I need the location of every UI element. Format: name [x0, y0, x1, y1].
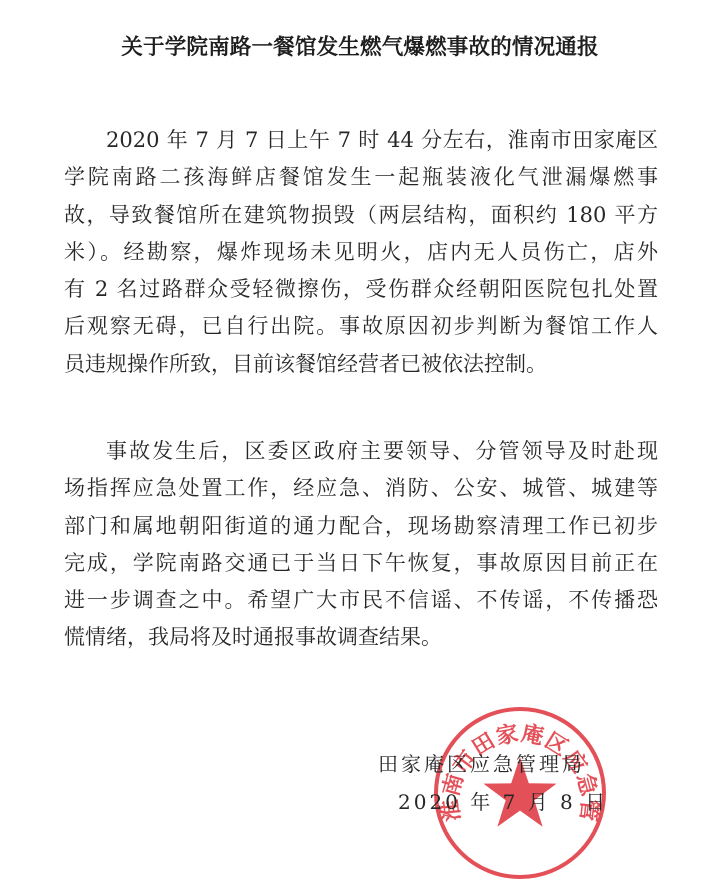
- text-line: 后观察无碍，已自行出院。事故原因初步判断为餐馆工作人: [64, 308, 658, 345]
- text-line: 故，导致餐馆所在建筑物损毁（两层结构，面积约 180 平方: [64, 197, 658, 234]
- text-line: 学院南路二孩海鲜店餐馆发生一起瓶装液化气泄漏爆燃事: [64, 159, 658, 196]
- text-line: 米）。经勘察，爆炸现场未见明火，店内无人员伤亡，店外: [64, 234, 658, 271]
- text-line: 慌情绪，我局将及时通报事故调查结果。: [64, 619, 658, 656]
- text-line: 进一步调查之中。希望广大市民不信谣、不传谣，不传播恐: [64, 582, 658, 619]
- text-line: 事故发生后，区委区政府主要领导、分管领导及时赴现: [64, 433, 658, 470]
- text-line: 场指挥应急处置工作，经应急、消防、公安、城管、城建等: [64, 470, 658, 507]
- text-line: 部门和属地朝阳街道的通力配合，现场勘察清理工作已初步: [64, 508, 658, 545]
- signature-organization: 田家庵区应急管理局: [378, 748, 585, 777]
- signature-date: 2020 年 7 月 8 日: [398, 786, 608, 815]
- text-line: 员违规操作所致，目前该餐馆经营者已被依法控制。: [64, 346, 658, 383]
- paragraph-2: 事故发生后，区委区政府主要领导、分管领导及时赴现 场指挥应急处置工作，经应急、消…: [64, 433, 658, 657]
- paragraph-1: 2020 年 7 月 7 日上午 7 时 44 分左右，淮南市田家庵区 学院南路…: [64, 122, 658, 383]
- text-line: 2020 年 7 月 7 日上午 7 时 44 分左右，淮南市田家庵区: [64, 122, 658, 159]
- document-title: 关于学院南路一餐馆发生燃气爆燃事故的情况通报: [0, 30, 720, 61]
- text-line: 完成，学院南路交通已于当日下午恢复，事故原因目前正在: [64, 545, 658, 582]
- text-line: 有 2 名过路群众受轻微擦伤，受伤群众经朝阳医院包扎处置: [64, 271, 658, 308]
